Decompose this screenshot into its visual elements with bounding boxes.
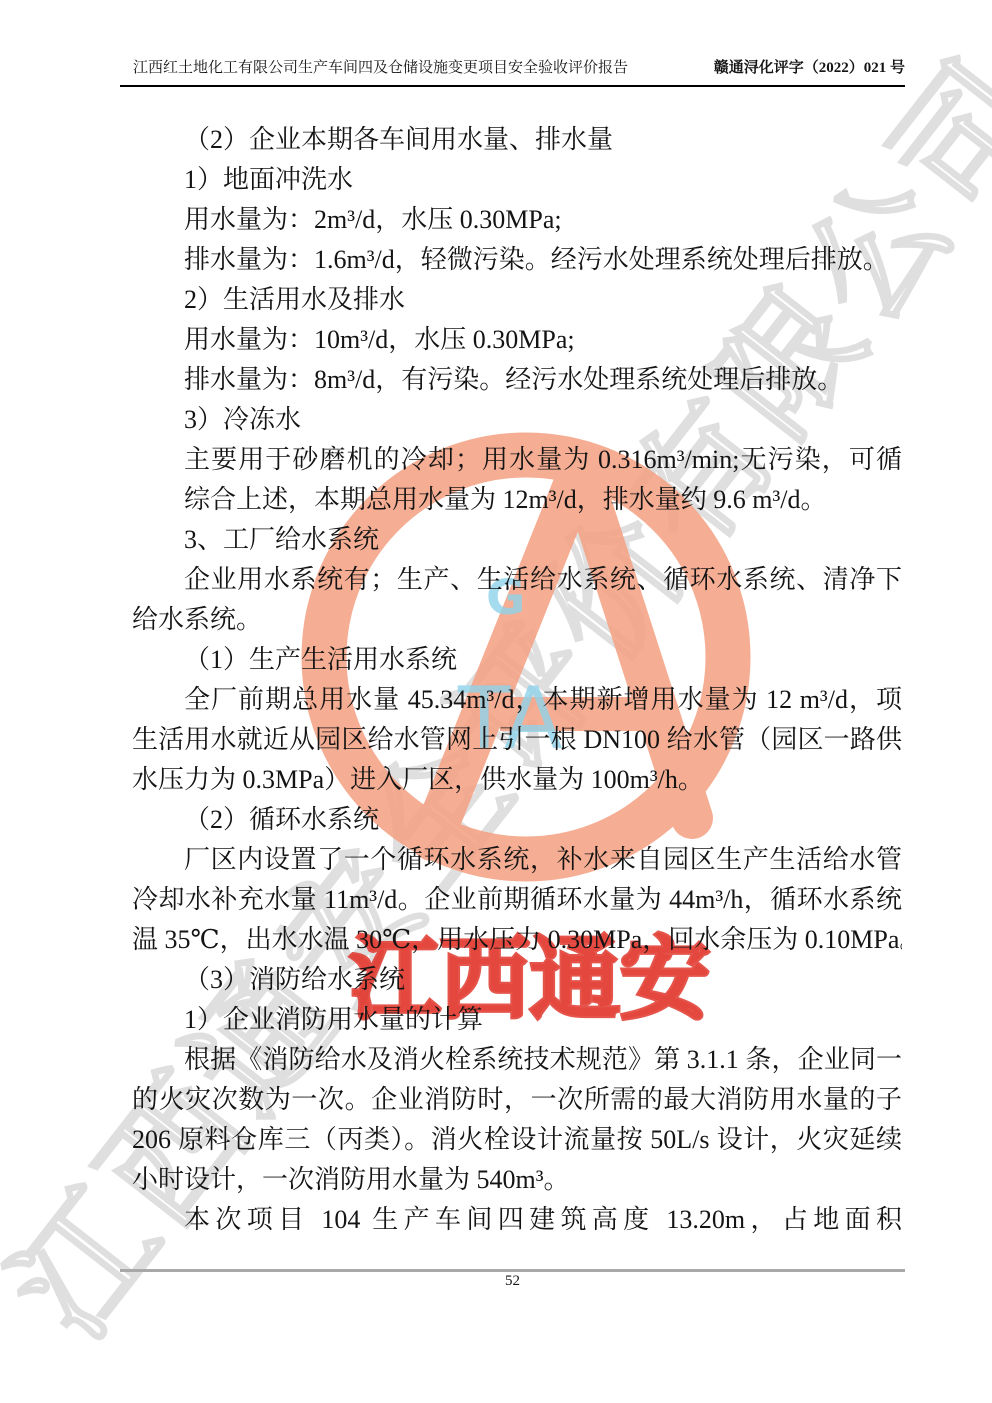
text-line: 2）生活用水及排水 [132, 280, 902, 320]
footer-divider [120, 1269, 905, 1272]
text-line: 主要用于砂磨机的冷却；用水量为 0.316m³/min;无污染，可循环使用。 [132, 440, 902, 480]
text-line: 1）地面冲洗水 [132, 160, 902, 200]
text-line: 生活用水就近从园区给水管网上引一根 DN100 给水管（园区一路供水，供 [132, 720, 902, 760]
text-line: 206 原料仓库三（丙类）。消火栓设计流量按 50L/s 设计，火灾延续时间按 … [132, 1120, 902, 1160]
text-line: 综合上述，本期总用水量为 12m³/d，排水量约 9.6 m³/d。 [132, 480, 902, 520]
text-line: 的火灾次数为一次。企业消防时，一次所需的最大消防用水量的子项为企业 [132, 1080, 902, 1120]
text-line: 小时设计，一次消防用水量为 540m³。 [132, 1160, 902, 1200]
document-page: 江西通安全评价有限公司 G TA 江西通安 江西红土地化工有限公司生产车间四及仓… [0, 0, 992, 1403]
page-header: 江西红土地化工有限公司生产车间四及仓储设施变更项目安全验收评价报告 赣通浔化评字… [120, 58, 905, 87]
text-line: （2）企业本期各车间用水量、排水量 [132, 120, 902, 160]
text-line: 水压力为 0.3MPa）进入厂区，供水量为 100m³/h。 [132, 760, 902, 800]
text-line: 企业用水系统有；生产、生活给水系统、循环水系统、清净下水和消防 [132, 560, 902, 600]
text-line: 冷却水补充水量 11m³/d。企业前期循环水量为 44m³/h，循环水系统的进水… [132, 880, 902, 920]
text-line: 排水量为：8m³/d，有污染。经污水处理系统处理后排放。 [132, 360, 902, 400]
text-line: 用水量为：2m³/d，水压 0.30MPa; [132, 200, 902, 240]
text-line: 用水量为：10m³/d，水压 0.30MPa; [132, 320, 902, 360]
header-report-title: 江西红土地化工有限公司生产车间四及仓储设施变更项目安全验收评价报告 [120, 58, 628, 78]
text-line: 温 35℃，出水水温 30℃，用水压力 0.30MPa，回水余压为 0.10MP… [132, 920, 902, 960]
text-line: 全厂前期总用水量 45.34m³/d，本期新增用水量为 12 m³/d，项目生产… [132, 680, 902, 720]
text-line: 给水系统。 [132, 600, 902, 640]
text-line: 厂区内设置了一个循环水系统，补水来自园区生产生活给水管网，循环 [132, 840, 902, 880]
text-line: 3）冷冻水 [132, 400, 902, 440]
text-line: 排水量为：1.6m³/d，轻微污染。经污水处理系统处理后排放。 [132, 240, 902, 280]
text-line: 本次项目 104 生产车间四建筑高度 13.20m，占地面积 1640.22m²… [132, 1200, 902, 1240]
text-line: 根据《消防给水及消火栓系统技术规范》第 3.1.1 条，企业同一时间内 [132, 1040, 902, 1080]
text-line: 1）企业消防用水量的计算 [132, 1000, 902, 1040]
page-number: 52 [120, 1273, 905, 1290]
body-text: （2）企业本期各车间用水量、排水量1）地面冲洗水用水量为：2m³/d，水压 0.… [132, 120, 902, 1240]
text-line: （1）生产生活用水系统 [132, 640, 902, 680]
header-doc-number: 赣通浔化评字（2022）021 号 [714, 58, 905, 78]
text-line: 3、工厂给水系统 [132, 520, 902, 560]
text-line: （3）消防给水系统 [132, 960, 902, 1000]
text-line: （2）循环水系统 [132, 800, 902, 840]
